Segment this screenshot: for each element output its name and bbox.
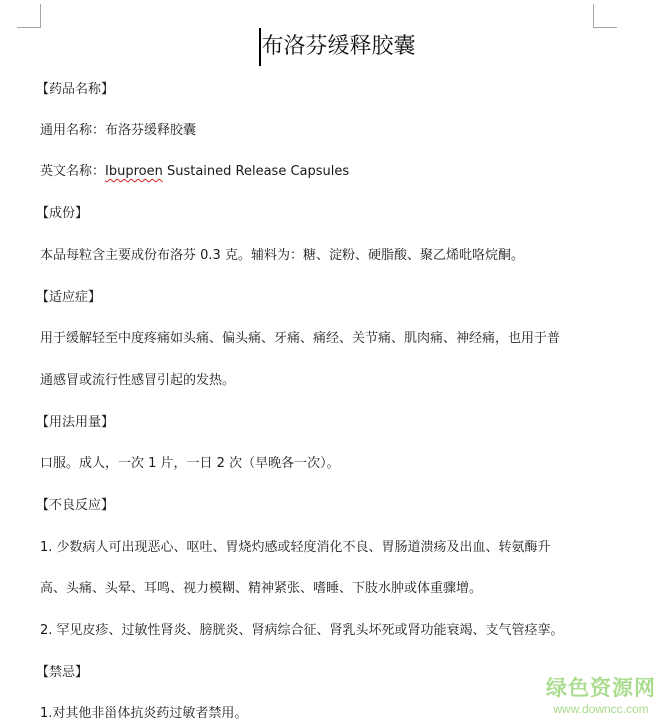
document-page[interactable]: 布洛芬缓释胶囊 【药品名称】 通用名称：布洛芬缓释胶囊 英文名称：Ibuproe… [0, 0, 667, 727]
dosage-line[interactable]: 口服。成人，一次 1 片，一日 2 次（早晚各一次）。 [40, 455, 340, 473]
document-title-text: 布洛芬缓释胶囊 [261, 34, 415, 59]
section-heading-contraindications[interactable]: 【禁忌】 [36, 664, 88, 682]
top-right-margin-corner-mark [593, 4, 617, 28]
title-paragraph[interactable]: 布洛芬缓释胶囊 [0, 30, 667, 64]
watermark: 绿色资源网 www.downcc.com [536, 676, 666, 717]
adverse-reactions-line-2[interactable]: 高、头痛、头晕、耳鸣、视力模糊、精神紧张、嗜睡、下肢水肿或体重骤增。 [40, 580, 482, 598]
adverse-reactions-line-1[interactable]: 1. 少数病人可出现恶心、呕吐、胃烧灼感或轻度消化不良、胃肠道溃疡及出血、转氨酶… [40, 539, 551, 557]
watermark-site-name: 绿色资源网 [536, 676, 666, 700]
indications-line-1[interactable]: 用于缓解轻至中度疼痛如头痛、偏头痛、牙痛、痛经、关节痛、肌肉痛、神经痛，也用于普 [40, 330, 560, 348]
text-cursor [259, 28, 261, 66]
document-title[interactable]: 布洛芬缓释胶囊 [259, 30, 415, 64]
top-left-margin-corner-mark [17, 4, 41, 28]
section-heading-indications[interactable]: 【适应症】 [36, 289, 101, 307]
section-heading-ingredients[interactable]: 【成份】 [36, 205, 88, 223]
indications-line-2[interactable]: 通感冒或流行性感冒引起的发热。 [40, 372, 235, 390]
section-heading-adverse-reactions[interactable]: 【不良反应】 [36, 497, 114, 515]
contraindications-line-1[interactable]: 1.对其他非甾体抗炎药过敏者禁用。 [40, 705, 247, 723]
english-name-label: 英文名称： [40, 164, 105, 179]
watermark-url: www.downcc.com [536, 701, 666, 717]
section-heading-drug-name[interactable]: 【药品名称】 [36, 81, 114, 99]
english-name-line[interactable]: 英文名称：Ibuproen Sustained Release Capsules [40, 163, 349, 181]
adverse-reactions-line-3[interactable]: 2. 罕见皮疹、过敏性肾炎、膀胱炎、肾病综合征、肾乳头坏死或肾功能衰竭、支气管痉… [40, 622, 564, 640]
ingredients-line[interactable]: 本品每粒含主要成份布洛芬 0.3 克。辅料为：糖、淀粉、硬脂酸、聚乙烯吡咯烷酮。 [40, 247, 524, 265]
section-heading-dosage[interactable]: 【用法用量】 [36, 414, 114, 432]
english-name-rest: Sustained Release Capsules [163, 164, 349, 179]
generic-name-line[interactable]: 通用名称：布洛芬缓释胶囊 [40, 122, 196, 140]
misspelled-word[interactable]: Ibuproen [105, 164, 163, 179]
